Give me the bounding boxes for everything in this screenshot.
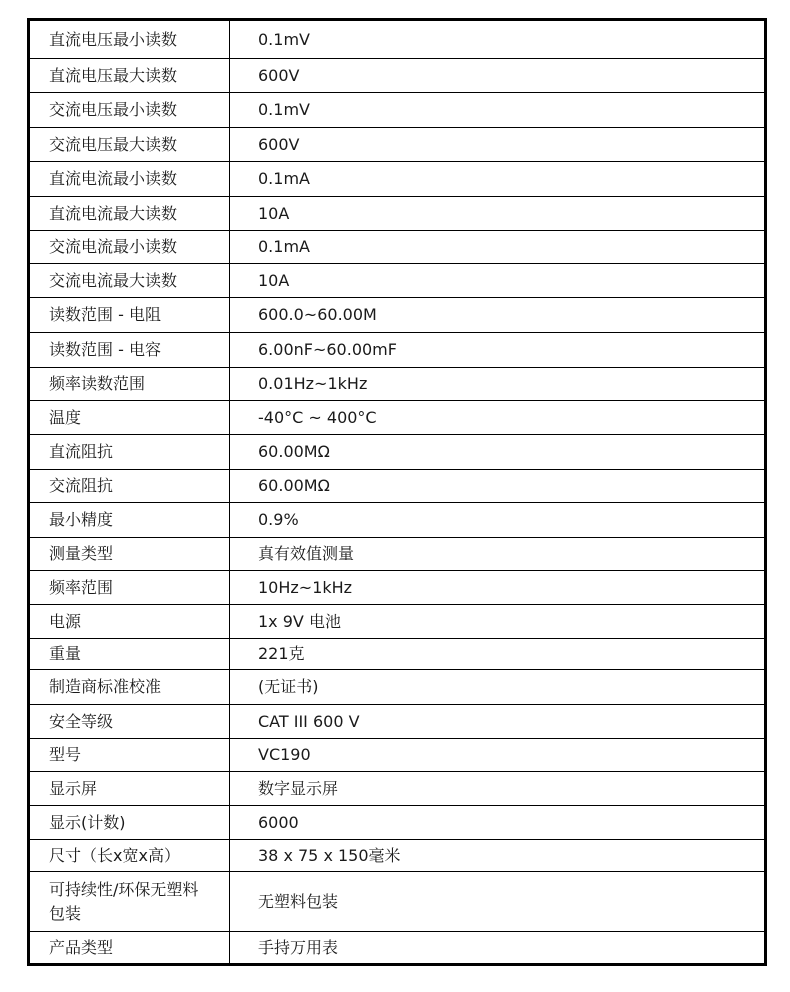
spec-label: 读数范围 - 电阻 <box>29 298 230 333</box>
spec-label: 制造商标准校准 <box>29 670 230 705</box>
spec-value: 1x 9V 电池 <box>230 605 766 639</box>
spec-label: 显示屏 <box>29 772 230 806</box>
spec-value: 无塑料包装 <box>230 872 766 932</box>
spec-value: 60.00MΩ <box>230 435 766 470</box>
spec-value: 10A <box>230 197 766 231</box>
spec-label: 直流电压最小读数 <box>29 20 230 59</box>
spec-row: 交流电流最小读数 0.1mA <box>29 231 766 264</box>
spec-row: 直流电压最小读数 0.1mV <box>29 20 766 59</box>
spec-value: (无证书) <box>230 670 766 705</box>
spec-row: 频率范围 10Hz~1kHz <box>29 571 766 605</box>
spec-value: 真有效值测量 <box>230 538 766 571</box>
spec-label: 重量 <box>29 639 230 670</box>
spec-row: 电源 1x 9V 电池 <box>29 605 766 639</box>
spec-value: 手持万用表 <box>230 932 766 965</box>
spec-row: 交流电压最大读数 600V <box>29 128 766 162</box>
spec-value: -40°C ~ 400°C <box>230 401 766 435</box>
spec-label: 直流电压最大读数 <box>29 59 230 93</box>
spec-label: 产品类型 <box>29 932 230 965</box>
spec-row: 最小精度 0.9% <box>29 503 766 538</box>
spec-value: 600.0~60.00M <box>230 298 766 333</box>
spec-label: 直流电流最大读数 <box>29 197 230 231</box>
spec-table: 直流电压最小读数 0.1mV 直流电压最大读数 600V 交流电压最小读数 0.… <box>27 18 767 966</box>
spec-row: 直流电流最小读数 0.1mA <box>29 162 766 197</box>
spec-row: 直流电流最大读数 10A <box>29 197 766 231</box>
spec-label: 交流阻抗 <box>29 470 230 503</box>
spec-row: 显示(计数) 6000 <box>29 806 766 840</box>
spec-value: 60.00MΩ <box>230 470 766 503</box>
spec-value: CAT III 600 V <box>230 705 766 739</box>
spec-label: 交流电压最大读数 <box>29 128 230 162</box>
spec-row: 安全等级 CAT III 600 V <box>29 705 766 739</box>
spec-row: 交流电压最小读数 0.1mV <box>29 93 766 128</box>
spec-label: 测量类型 <box>29 538 230 571</box>
spec-row: 读数范围 - 电阻 600.0~60.00M <box>29 298 766 333</box>
spec-label: 尺寸（长x宽x高） <box>29 840 230 872</box>
spec-value: 221克 <box>230 639 766 670</box>
spec-row: 测量类型 真有效值测量 <box>29 538 766 571</box>
spec-value: 0.1mV <box>230 93 766 128</box>
spec-row: 尺寸（长x宽x高） 38 x 75 x 150毫米 <box>29 840 766 872</box>
spec-label: 电源 <box>29 605 230 639</box>
spec-row: 重量 221克 <box>29 639 766 670</box>
spec-label: 直流电流最小读数 <box>29 162 230 197</box>
spec-label: 最小精度 <box>29 503 230 538</box>
spec-label: 直流阻抗 <box>29 435 230 470</box>
spec-value: 0.9% <box>230 503 766 538</box>
spec-row: 产品类型 手持万用表 <box>29 932 766 965</box>
spec-value: 600V <box>230 128 766 162</box>
spec-table-body: 直流电压最小读数 0.1mV 直流电压最大读数 600V 交流电压最小读数 0.… <box>29 20 766 965</box>
spec-row: 温度 -40°C ~ 400°C <box>29 401 766 435</box>
spec-value: 数字显示屏 <box>230 772 766 806</box>
spec-row: 交流阻抗 60.00MΩ <box>29 470 766 503</box>
spec-row: 型号 VC190 <box>29 739 766 772</box>
spec-row: 直流电压最大读数 600V <box>29 59 766 93</box>
spec-value: 38 x 75 x 150毫米 <box>230 840 766 872</box>
spec-row: 直流阻抗 60.00MΩ <box>29 435 766 470</box>
spec-value: 10Hz~1kHz <box>230 571 766 605</box>
spec-label: 交流电流最小读数 <box>29 231 230 264</box>
spec-row: 频率读数范围 0.01Hz~1kHz <box>29 368 766 401</box>
spec-row: 读数范围 - 电容 6.00nF~60.00mF <box>29 333 766 368</box>
spec-row: 交流电流最大读数 10A <box>29 264 766 298</box>
spec-value: VC190 <box>230 739 766 772</box>
spec-value: 600V <box>230 59 766 93</box>
spec-label: 安全等级 <box>29 705 230 739</box>
spec-label: 频率读数范围 <box>29 368 230 401</box>
spec-label: 显示(计数) <box>29 806 230 840</box>
spec-value: 0.1mA <box>230 231 766 264</box>
spec-label: 型号 <box>29 739 230 772</box>
spec-row: 可持续性/环保无塑料包装 无塑料包装 <box>29 872 766 932</box>
spec-label: 频率范围 <box>29 571 230 605</box>
spec-value: 6000 <box>230 806 766 840</box>
spec-label: 读数范围 - 电容 <box>29 333 230 368</box>
spec-label: 可持续性/环保无塑料包装 <box>29 872 230 932</box>
spec-value: 0.01Hz~1kHz <box>230 368 766 401</box>
spec-value: 10A <box>230 264 766 298</box>
spec-value: 0.1mA <box>230 162 766 197</box>
spec-label: 温度 <box>29 401 230 435</box>
spec-value: 0.1mV <box>230 20 766 59</box>
spec-row: 显示屏 数字显示屏 <box>29 772 766 806</box>
spec-label: 交流电压最小读数 <box>29 93 230 128</box>
spec-row: 制造商标准校准 (无证书) <box>29 670 766 705</box>
spec-label: 交流电流最大读数 <box>29 264 230 298</box>
spec-value: 6.00nF~60.00mF <box>230 333 766 368</box>
